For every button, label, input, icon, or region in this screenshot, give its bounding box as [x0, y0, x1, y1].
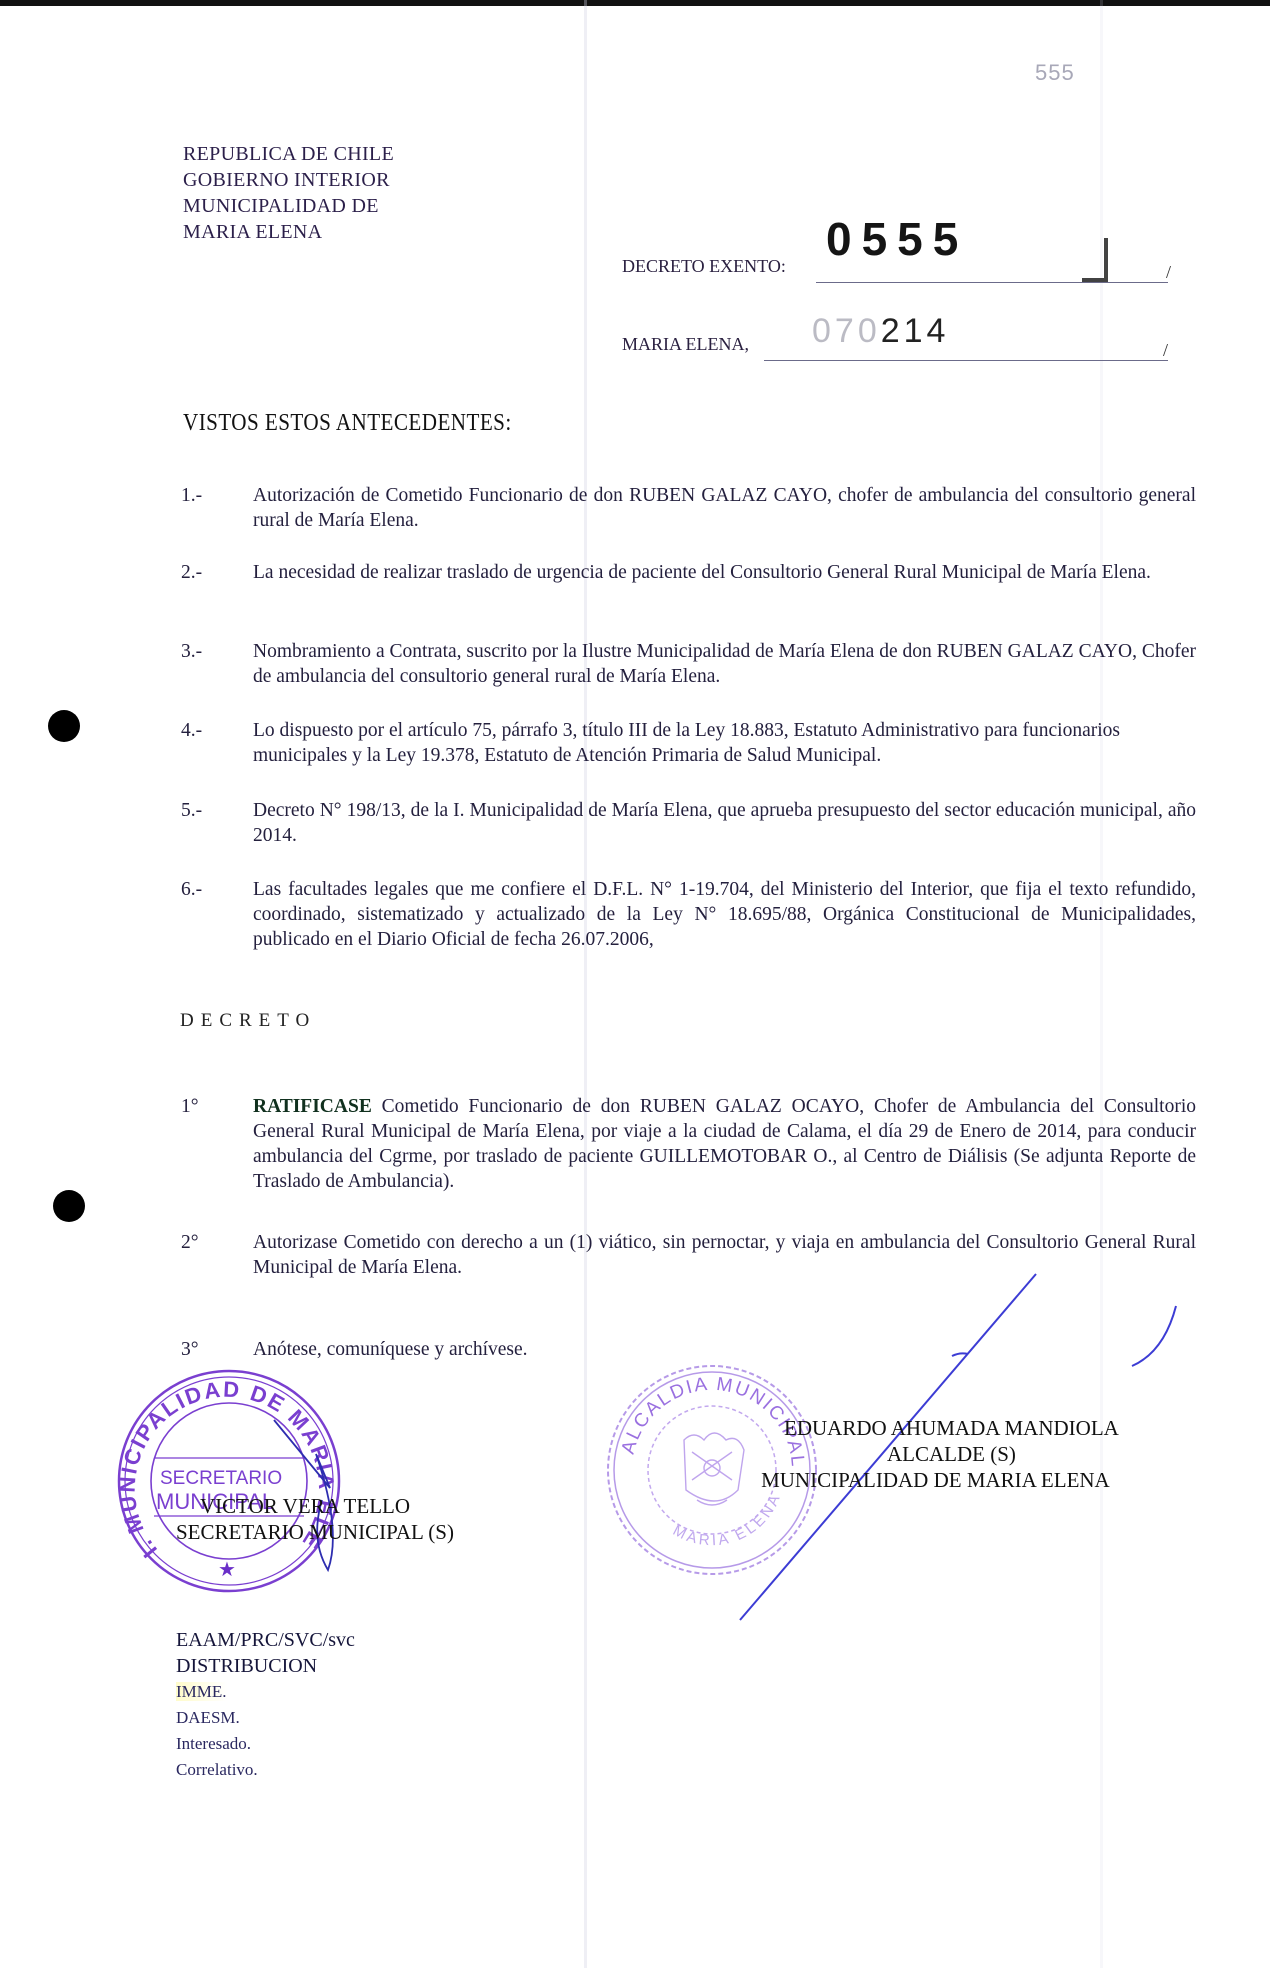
- item-text: Nombramiento a Contrata, suscrito por la…: [253, 639, 1196, 689]
- secretary-name: VICTOR VERA TELLO: [176, 1493, 454, 1519]
- punch-hole: [53, 1190, 85, 1222]
- item-text: Decreto N° 198/13, de la I. Municipalida…: [253, 798, 1196, 848]
- place-label: MARIA ELENA,: [622, 334, 749, 355]
- letterhead-line: MUNICIPALIDAD DE: [183, 193, 394, 219]
- scan-artifact: [584, 0, 587, 1968]
- item-keyword: RATIFICASE: [253, 1096, 372, 1117]
- mayor-title: ALCALDE (S): [784, 1441, 1119, 1467]
- slash-mark: /: [1166, 262, 1171, 283]
- decree-label: DECRETO EXENTO:: [622, 256, 786, 277]
- item-number: 1.-: [181, 483, 241, 508]
- date-stamp-faint: 070: [812, 312, 881, 350]
- item-text: La necesidad de realizar traslado de urg…: [253, 560, 1196, 585]
- secretary-seal-line1: SECRETARIO: [160, 1468, 282, 1489]
- stamp-mark: [1082, 238, 1108, 283]
- item-body: Cometido Funcionario de don RUBEN GALAZ …: [253, 1096, 1196, 1192]
- letterhead-line: GOBIERNO INTERIOR: [183, 167, 394, 193]
- document-page: 555 REPUBLICA DE CHILE GOBIERNO INTERIOR…: [0, 0, 1270, 1968]
- item-number: 6.-: [181, 877, 241, 902]
- item-text: Autorización de Cometido Funcionario de …: [253, 483, 1196, 533]
- decree-underline: [816, 282, 1168, 283]
- recipient: Correlativo.: [176, 1757, 355, 1783]
- decree-number: 0555: [826, 212, 968, 266]
- slash-mark: /: [1163, 340, 1168, 361]
- punch-hole: [48, 710, 80, 742]
- secretary-signature-block: VICTOR VERA TELLO SECRETARIO MUNICIPAL (…: [176, 1493, 454, 1545]
- item-text: RATIFICASE Cometido Funcionario de don R…: [253, 1094, 1196, 1194]
- mayor-name: EDUARDO AHUMADA MANDIOLA: [784, 1415, 1119, 1441]
- folio-number: 555: [1035, 60, 1075, 86]
- recipient: IMME.: [176, 1682, 227, 1701]
- mayor-org: MUNICIPALIDAD DE MARIA ELENA: [752, 1467, 1119, 1493]
- star-icon: ★: [218, 1557, 236, 1581]
- distribution-block: EAAM/PRC/SVC/svc DISTRIBUCION IMME. DAES…: [176, 1627, 355, 1783]
- recipient: Interesado.: [176, 1731, 355, 1757]
- item-number: 1°: [181, 1094, 241, 1119]
- secretary-title: SECRETARIO MUNICIPAL (S): [176, 1519, 454, 1545]
- item-number: 5.-: [181, 798, 241, 823]
- mayor-signature-block: EDUARDO AHUMADA MANDIOLA ALCALDE (S) MUN…: [784, 1415, 1119, 1493]
- letterhead: REPUBLICA DE CHILE GOBIERNO INTERIOR MUN…: [183, 141, 394, 245]
- scan-artifact: [1100, 0, 1103, 1968]
- item-number: 3.-: [181, 639, 241, 664]
- vistos-title: VISTOS ESTOS ANTECEDENTES:: [183, 410, 512, 437]
- item-text: Las facultades legales que me confiere e…: [253, 877, 1196, 952]
- item-number: 2°: [181, 1230, 241, 1255]
- decreto-title: DECRETO: [180, 1010, 316, 1032]
- item-number: 3°: [181, 1337, 241, 1362]
- date-stamp-bold: 214: [881, 312, 950, 350]
- date-underline: [764, 360, 1168, 361]
- letterhead-line: MARIA ELENA: [183, 219, 394, 245]
- item-number: 2.-: [181, 560, 241, 585]
- item-number: 4.-: [181, 718, 241, 743]
- scan-top-edge: [0, 0, 1270, 6]
- date-stamp: 070214: [812, 312, 949, 351]
- initials: EAAM/PRC/SVC/svc: [176, 1627, 355, 1653]
- recipient: DAESM.: [176, 1705, 355, 1731]
- item-text: Lo dispuesto por el artículo 75, párrafo…: [253, 718, 1196, 768]
- letterhead-line: REPUBLICA DE CHILE: [183, 141, 394, 167]
- distribution-title: DISTRIBUCION: [176, 1653, 355, 1679]
